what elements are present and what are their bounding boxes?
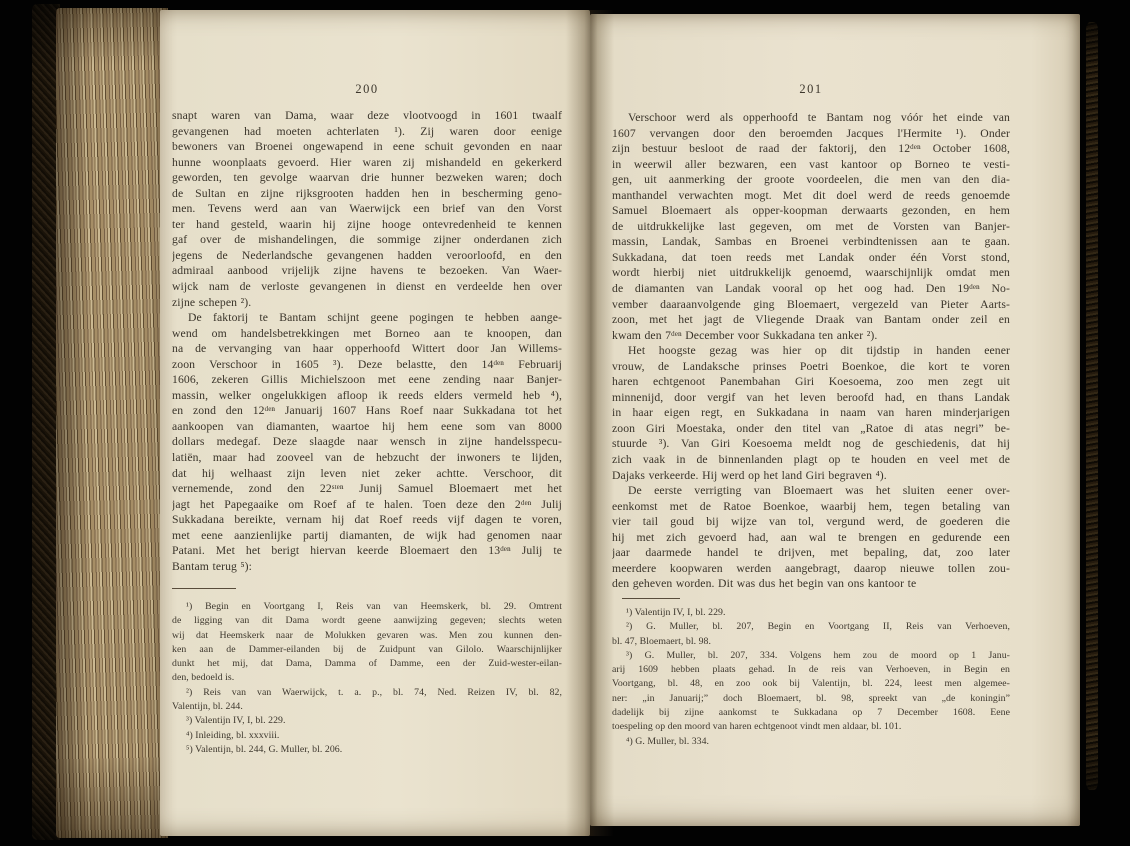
text-line: manthandel verwachten mogt. Met dit doel…: [612, 188, 1010, 204]
text-line: Sukkadana, dat toen reeds met Landak ond…: [612, 250, 1010, 266]
page-right-body: Verschoor werd als opperhoofd te Bantam …: [612, 110, 1010, 592]
page-block-fore-edges: [56, 8, 168, 838]
text-line: ³) G. Muller, bl. 207, 334. Volgens hem …: [612, 649, 1010, 663]
text-line: de ligging van dit Dama wordt geene aanw…: [172, 614, 562, 628]
text-line: ³) Valentijn IV, I, bl. 229.: [172, 714, 562, 728]
text-line: dunkt het mij, dat Dama, Damma of Damme,…: [172, 657, 562, 671]
text-line: jegens de Nederlandsche gevangenen hadde…: [172, 248, 562, 264]
footnote-rule-left: [172, 588, 236, 589]
text-line: in weerwil aller bezwaren, een vast kant…: [612, 157, 1010, 173]
text-line: wend om handelsbetrekkingen met Borneo a…: [172, 326, 562, 342]
text-line: Dajaks verkeerde. Hij werd op het land G…: [612, 468, 1010, 484]
text-line: dadelijk bij zijne aankomst te Sukkadana…: [612, 706, 1010, 720]
text-line: latiën, maar had zooveel van de hebzucht…: [172, 450, 562, 466]
text-line: hij met zich gevoerd had, aan wal te bre…: [612, 530, 1010, 546]
page-number-left: 200: [172, 82, 562, 97]
text-line: dat hij welhaast zijn leven niet zeker a…: [172, 466, 562, 482]
text-line: zoon, met het jagt de Vliegende Draak va…: [612, 312, 1010, 328]
text-line: snapt waren van Dama, waar deze vlootvoo…: [172, 108, 562, 124]
text-line: zoon Verschoor in 1605 ³). Deze belastte…: [172, 357, 562, 373]
text-line: Voortgang, bl. 48, en zoo ook bij Valent…: [612, 677, 1010, 691]
text-line: ²) G. Muller, bl. 207, Begin en Voortgan…: [612, 620, 1010, 634]
text-line: hunne woonplaats gevoerd. Hier waren zij…: [172, 155, 562, 171]
text-line: de Sultan en zijne rijksgrooten hadden h…: [172, 186, 562, 202]
text-line: dollars medegaf. Deze slaagde naar wensc…: [172, 434, 562, 450]
page-right-footnotes: ¹) Valentijn IV, I, bl. 229.²) G. Muller…: [612, 606, 1010, 749]
footnote-rule-right: [622, 598, 680, 599]
text-line: en zond den 12ᵈᵉⁿ Januarij 1607 Hans Roe…: [172, 403, 562, 419]
page-left-footnotes: ¹) Begin en Voortgang I, Reis van van He…: [172, 600, 562, 757]
text-line: Samuel Bloemaert als opper-koopman derwa…: [612, 203, 1010, 219]
text-line: Sukkadana bereikte, vernam hij dat Roef …: [172, 512, 562, 528]
text-line: kwam den 7ᵈᵉⁿ December voor Sukkadana te…: [612, 328, 1010, 344]
text-line: Verschoor werd als opperhoofd te Bantam …: [612, 110, 1010, 126]
text-line: zich vaak in de binnenlanden plagt op te…: [612, 452, 1010, 468]
text-line: 1606, zekeren Gillis Michielszoon met ee…: [172, 372, 562, 388]
text-line: gevangenen had moeten achterlaten ¹). Zi…: [172, 124, 562, 140]
text-line: ⁵) Valentijn, bl. 244, G. Muller, bl. 20…: [172, 743, 562, 757]
book-photograph: 200 snapt waren van Dama, waar deze vloo…: [0, 0, 1130, 846]
text-line: Bantam terug ⁵):: [172, 559, 562, 575]
page-left-body: snapt waren van Dama, waar deze vlootvoo…: [172, 108, 562, 574]
text-line: wijck nam de verloste gevangenen in dien…: [172, 279, 562, 295]
text-line: aankoopen van diamanten, waartoe hij hem…: [172, 419, 562, 435]
book-cover-right-edge: [1086, 22, 1098, 790]
text-line: massin, welker ongelukkigen afloop ik re…: [172, 388, 562, 404]
page-right: 201 Verschoor werd als opperhoofd te Ban…: [590, 14, 1080, 826]
text-line: Valentijn, bl. 244.: [172, 700, 562, 714]
text-line: zijn bestuur besloot de raad der faktori…: [612, 141, 1010, 157]
text-line: ¹) Valentijn IV, I, bl. 229.: [612, 606, 1010, 620]
text-line: den, bedoeld is.: [172, 671, 562, 685]
text-line: De faktorij te Bantam schijnt geene pogi…: [172, 310, 562, 326]
text-line: ken aan de Dammer-eilanden bij de Zuidpu…: [172, 643, 562, 657]
text-line: ⁴) G. Muller, bl. 334.: [612, 735, 1010, 749]
text-line: gen, uit aanmerking der groote voordeele…: [612, 172, 1010, 188]
text-line: de diamanten van Landak vooral op het oo…: [612, 281, 1010, 297]
text-line: met eene aanzienlijke partij diamanten, …: [172, 528, 562, 544]
text-line: 1607 vervangen door den beroemden Jacque…: [612, 126, 1010, 142]
text-line: ner: „in Januarij;” doch Bloemaert, bl. …: [612, 692, 1010, 706]
text-line: Het hoogste gezag was hier op dit tijdst…: [612, 343, 1010, 359]
text-line: zijne schepen ²).: [172, 295, 562, 311]
page-left: 200 snapt waren van Dama, waar deze vloo…: [160, 10, 590, 836]
text-line: haren echtgenoot Panembahan Giri Koesoem…: [612, 374, 1010, 390]
text-line: admiraal aanbood vrijelijk zijne havens …: [172, 263, 562, 279]
text-line: meerdere koopwaren werden aangebragt, da…: [612, 561, 1010, 577]
text-line: zoon Giri Moestaka, onder den titel van …: [612, 421, 1010, 437]
text-line: minnenijd, door vergif van het leven ber…: [612, 390, 1010, 406]
text-line: toespeling op den moord van haren echtge…: [612, 720, 1010, 734]
text-line: den geheven worden. Dit was dus het begi…: [612, 576, 1010, 592]
text-line: bl. 47, Bloemaert, bl. 98.: [612, 635, 1010, 649]
text-line: in haar eigen regt, en Sukkadana in naam…: [612, 405, 1010, 421]
text-line: eenkomst met de Ratoe Boenkoe, waarbij h…: [612, 499, 1010, 515]
text-line: ter hand gesteld, waarin hij zijne hooge…: [172, 217, 562, 233]
page-number-right: 201: [612, 82, 1010, 97]
text-line: wordt hierbij niet uitdrukkelijk genoemd…: [612, 265, 1010, 281]
text-line: jagt het Papegaaike om Roef af te halen.…: [172, 497, 562, 513]
text-line: vier tail goud bij wijze van tol, vergun…: [612, 514, 1010, 530]
text-line: arij 1609 hebben plaats gehad. In de rei…: [612, 663, 1010, 677]
text-line: de uitdrukkelijke last gegeven, om met d…: [612, 219, 1010, 235]
text-line: jaar daarmede handel te drijven, met bep…: [612, 545, 1010, 561]
text-line: vrouw, de Landaksche prinses Poetri Boen…: [612, 359, 1010, 375]
text-line: vernemende, zond den 22ˢᵗᵉⁿ Junij Samuel…: [172, 481, 562, 497]
text-line: bewoners van Broenei ongewapend in eene …: [172, 139, 562, 155]
text-line: De eerste verrigting van Bloemaert was h…: [612, 483, 1010, 499]
text-line: ²) Reis van van Waerwijck, t. a. p., bl.…: [172, 686, 562, 700]
text-line: geworden, ten gevolge waarvan drie hunne…: [172, 170, 562, 186]
text-line: wij dat Heemskerk naar de Molukken gevar…: [172, 629, 562, 643]
text-line: Patani. Met het berigt hiervan keerde Bl…: [172, 543, 562, 559]
text-line: vember daaraanvolgende ging Bloemaert, v…: [612, 297, 1010, 313]
text-line: ⁴) Inleiding, bl. xxxviii.: [172, 729, 562, 743]
text-line: men. Tevens werd aan van Waerwijck een b…: [172, 201, 562, 217]
text-line: ¹) Begin en Voortgang I, Reis van van He…: [172, 600, 562, 614]
text-line: na de vervanging van haar opperhoofd Wit…: [172, 341, 562, 357]
text-line: stuurde ³). Van Giri Koesoema meldt nog …: [612, 436, 1010, 452]
text-line: massin, Landak, Sambas en Broenei verbin…: [612, 234, 1010, 250]
text-line: gaf over de mishandelingen, die sommige …: [172, 232, 562, 248]
